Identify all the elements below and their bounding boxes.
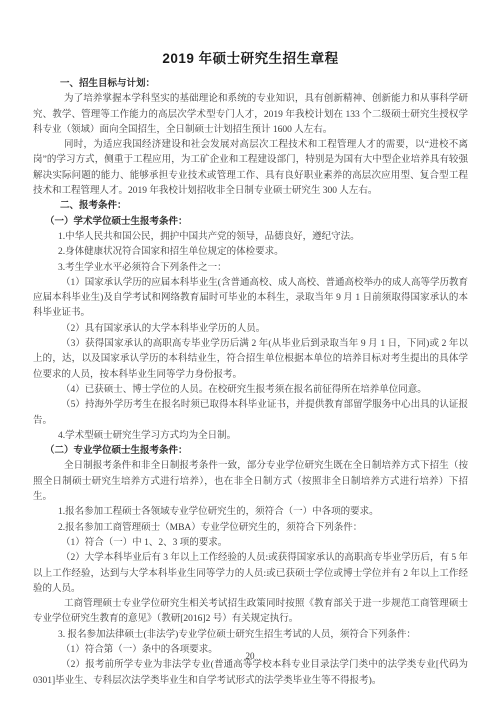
paragraph: 为了培养掌握本学科坚实的基础理论和系统的专业知识，具有创新精神、创新能力和从事科… (33, 92, 468, 138)
section-heading: 二、报考条件： (60, 199, 468, 214)
paragraph: 工商管理硕士专业学位研究生相关考试招生政策同时按照《教育部关于进一步规范工商管理… (33, 597, 468, 628)
section-heading: 一、招生目标与计划： (60, 77, 468, 92)
paragraph: 全日制报考条件和非全日制报考条件一致，部分专业学位研究生既在全日制培养方式下招生… (33, 459, 468, 505)
sub-list-item: （1）国家承认学历的应届本科毕业生(含普通高校、成人高校、普通高校举办的成人高等… (33, 276, 468, 322)
list-item: 2.报名参加工商管理硕士（MBA）专业学位研究生的，须符合下列条件： (33, 521, 468, 536)
sub-list-item: （2）报考前所学专业为非法学专业(普通高等学校本科专业目录法学门类中的法学类专业… (33, 658, 468, 689)
sub-list-item: （4）已获硕士、博士学位的人员。在校研究生报考须在报名前征得所在培养单位同意。 (33, 383, 468, 398)
list-item: 1.报名参加工程硕士各领域专业学位研究生的，须符合（一）中各项的要求。 (33, 505, 468, 520)
sub-list-item: （2）大学本科毕业后有 3 年以上工作经验的人员:或获得国家承认的高职高专毕业学… (33, 551, 468, 597)
document-body: 一、招生目标与计划：为了培养掌握本学科坚实的基础理论和系统的专业知识，具有创新精… (33, 77, 468, 689)
subsection-heading: （二）专业学位硕士生报考条件： (45, 444, 468, 459)
document-page: 2019 年硕士研究生招生章程 一、招生目标与计划：为了培养掌握本学科坚实的基础… (0, 0, 500, 707)
paragraph: 同时，为适应我国经济建设和社会发展对高层次工程技术和工程管理人才的需要，以“进校… (33, 138, 468, 199)
list-item: 2.身体健康状况符合国家和招生单位规定的体检要求。 (33, 245, 468, 260)
subsection-heading: （一）学术学位硕士生报考条件： (45, 215, 468, 230)
sub-list-item: （1）符合（一）中 1、2、3 项的要求。 (33, 536, 468, 551)
list-item: 3. 报名参加法律硕士(非法学)专业学位硕士研究生招生考试的人员，须符合下列条件… (33, 628, 468, 643)
page-title: 2019 年硕士研究生招生章程 (33, 50, 468, 67)
list-item: 4.学术型硕士研究生学习方式均为全日制。 (33, 429, 468, 444)
page-number: 20 (0, 651, 500, 661)
sub-list-item: （5）持海外学历考生在报名时须已取得本科毕业证书，并提供教育部留学服务中心出具的… (33, 398, 468, 429)
document-content: 2019 年硕士研究生招生章程 一、招生目标与计划：为了培养掌握本学科坚实的基础… (33, 50, 468, 689)
sub-list-item: （2）具有国家承认的大学本科毕业学历的人员。 (33, 322, 468, 337)
list-item: 3.考生学业水平必须符合下列条件之一： (33, 261, 468, 276)
sub-list-item: （3）获得国家承认的高职高专毕业学历后满 2 年(从毕业后到录取当年 9 月 1… (33, 337, 468, 383)
list-item: 1.中华人民共和国公民，拥护中国共产党的领导，品德良好，遵纪守法。 (33, 230, 468, 245)
